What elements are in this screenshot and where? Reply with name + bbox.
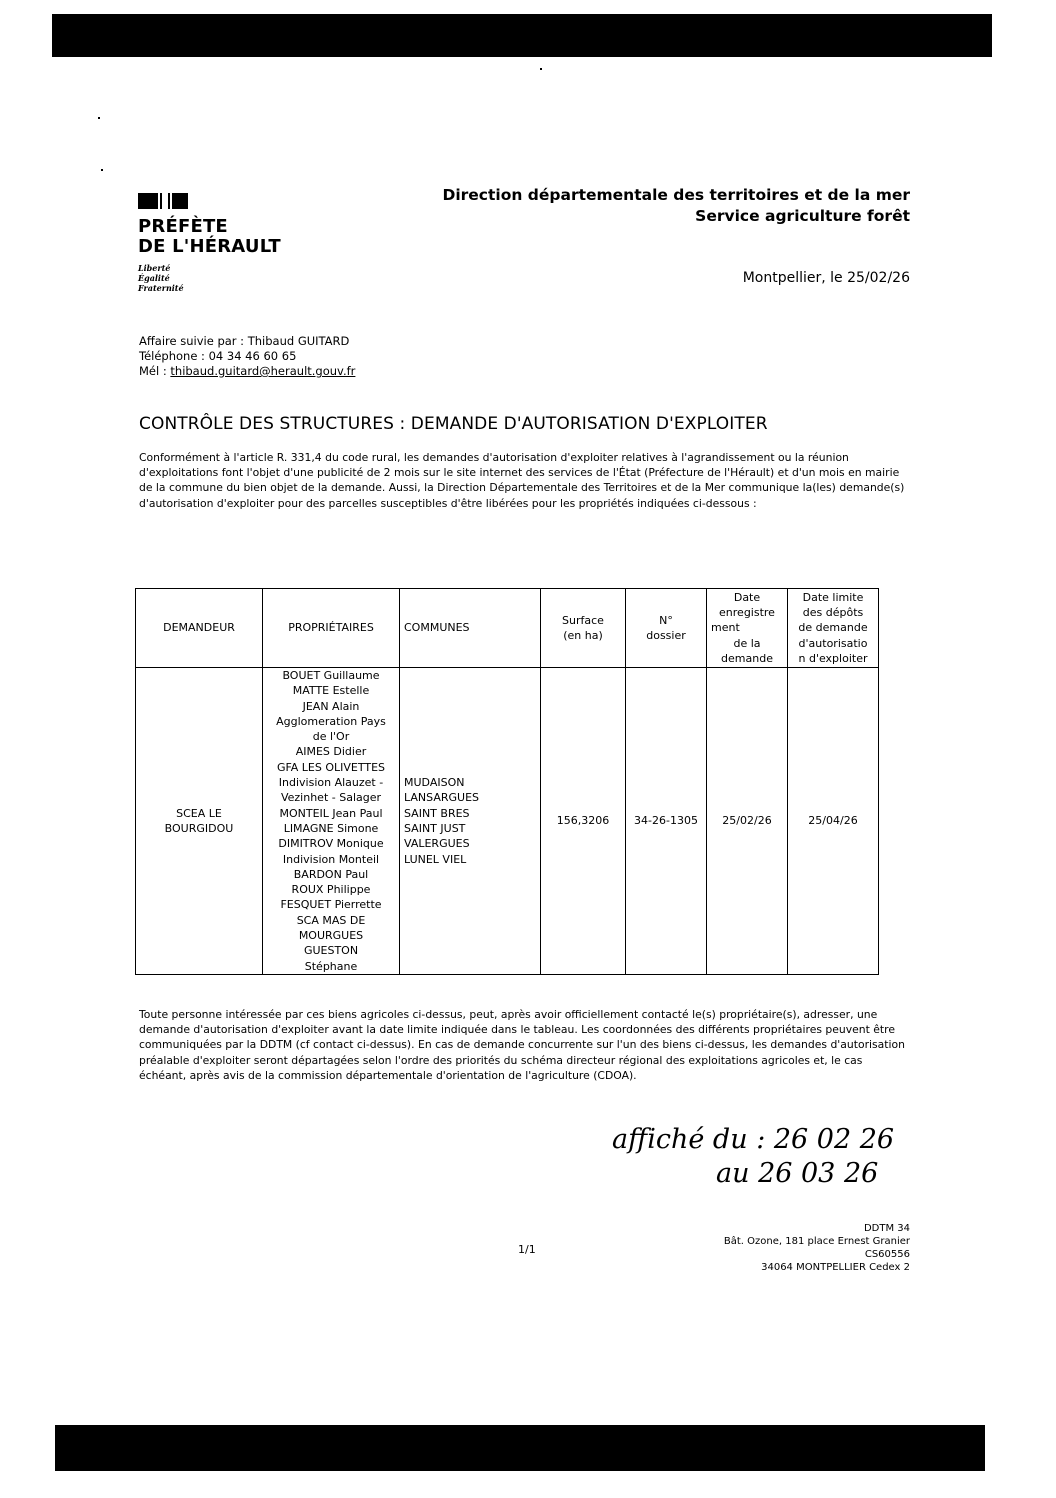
- proprietaire-entry: Vezinhet - Salager: [267, 790, 395, 805]
- page-number: 1/1: [518, 1243, 536, 1256]
- proprietaire-entry: SCA MAS DE: [267, 913, 395, 928]
- commune-entry: VALERGUES: [404, 836, 536, 851]
- proprietaire-entry: GUESTON: [267, 943, 395, 958]
- proprietaire-entry: BOUET Guillaume: [267, 668, 395, 683]
- proprietaire-entry: AIMES Didier: [267, 744, 395, 759]
- proprietaire-entry: FESQUET Pierrette: [267, 897, 395, 912]
- proprietaire-entry: Agglomeration Pays: [267, 714, 395, 729]
- commune-entry: SAINT JUST: [404, 821, 536, 836]
- cell-demandeur: SCEA LE BOURGIDOU: [136, 668, 263, 975]
- republic-motto: Liberté Égalité Fraternité: [138, 263, 281, 293]
- commune-entry: LANSARGUES: [404, 790, 536, 805]
- proprietaire-entry: LIMAGNE Simone: [267, 821, 395, 836]
- cell-date-limite: 25/04/26: [788, 668, 879, 975]
- proprietaire-entry: Indivision Alauzet -: [267, 775, 395, 790]
- proprietaire-entry: JEAN Alain: [267, 699, 395, 714]
- outro-paragraph: Toute personne intéressée par ces biens …: [139, 1007, 909, 1083]
- cell-dossier: 34-26-1305: [626, 668, 707, 975]
- scan-speck: [98, 117, 100, 119]
- proprietaire-entry: Indivision Monteil: [267, 852, 395, 867]
- scan-redaction-bar-bottom: [55, 1425, 985, 1471]
- contact-block: Affaire suivie par : Thibaud GUITARD Tél…: [139, 334, 355, 379]
- proprietaire-entry: DIMITROV Monique: [267, 836, 395, 851]
- document-title: CONTRÔLE DES STRUCTURES : DEMANDE D'AUTO…: [139, 414, 768, 434]
- header-date-limite: Date limite des dépôts de demande d'auto…: [788, 589, 879, 668]
- cell-communes: MUDAISONLANSARGUESSAINT BRESSAINT JUSTVA…: [400, 668, 541, 975]
- proprietaire-entry: MONTEIL Jean Paul: [267, 806, 395, 821]
- proprietaire-entry: de l'Or: [267, 729, 395, 744]
- cell-date-enregistrement: 25/02/26: [707, 668, 788, 975]
- commune-entry: LUNEL VIEL: [404, 852, 536, 867]
- header-date-enregistrement: Date enregistre ment de la demande: [707, 589, 788, 668]
- header-dossier: N° dossier: [626, 589, 707, 668]
- proprietaire-entry: GFA LES OLIVETTES: [267, 760, 395, 775]
- contact-phone: 04 34 46 60 65: [209, 349, 297, 363]
- authority-name: PRÉFÈTE DE L'HÉRAULT: [138, 217, 281, 257]
- scan-speck: [101, 169, 103, 171]
- contact-email-link[interactable]: thibaud.guitard@herault.gouv.fr: [170, 364, 355, 378]
- proprietaire-entry: MATTE Estelle: [267, 683, 395, 698]
- header-proprietaires: PROPRIÉTAIRES: [263, 589, 400, 668]
- cell-proprietaires: BOUET GuillaumeMATTE EstelleJEAN AlainAg…: [263, 668, 400, 975]
- commune-entry: MUDAISON: [404, 775, 536, 790]
- requests-table: DEMANDEUR PROPRIÉTAIRES COMMUNES Surface…: [135, 588, 879, 975]
- commune-entry: SAINT BRES: [404, 806, 536, 821]
- header-surface: Surface (en ha): [541, 589, 626, 668]
- intro-paragraph: Conformément à l'article R. 331,4 du cod…: [139, 450, 909, 511]
- contact-name: Thibaud GUITARD: [248, 334, 350, 348]
- scan-redaction-bar-top: [52, 14, 992, 57]
- handwritten-posting-note: affiché du : 26 02 26 au 26 03 26: [612, 1123, 894, 1191]
- scan-speck: [540, 68, 542, 70]
- proprietaire-entry: BARDON Paul: [267, 867, 395, 882]
- header-demandeur: DEMANDEUR: [136, 589, 263, 668]
- cell-surface: 156,3206: [541, 668, 626, 975]
- proprietaire-entry: MOURGUES: [267, 928, 395, 943]
- proprietaire-entry: Stéphane: [267, 959, 395, 974]
- table-row: SCEA LE BOURGIDOU BOUET GuillaumeMATTE E…: [136, 668, 879, 975]
- footer-address: DDTM 34 Bât. Ozone, 181 place Ernest Gra…: [724, 1222, 910, 1274]
- place-date: Montpellier, le 25/02/26: [743, 270, 910, 286]
- header-communes: COMMUNES: [400, 589, 541, 668]
- service-heading: Direction départementale des territoires…: [442, 185, 910, 227]
- prefecture-logo: PRÉFÈTE DE L'HÉRAULT Liberté Égalité Fra…: [138, 193, 281, 293]
- marianne-logo-icon: [138, 193, 188, 209]
- proprietaire-entry: ROUX Philippe: [267, 882, 395, 897]
- table-header-row: DEMANDEUR PROPRIÉTAIRES COMMUNES Surface…: [136, 589, 879, 668]
